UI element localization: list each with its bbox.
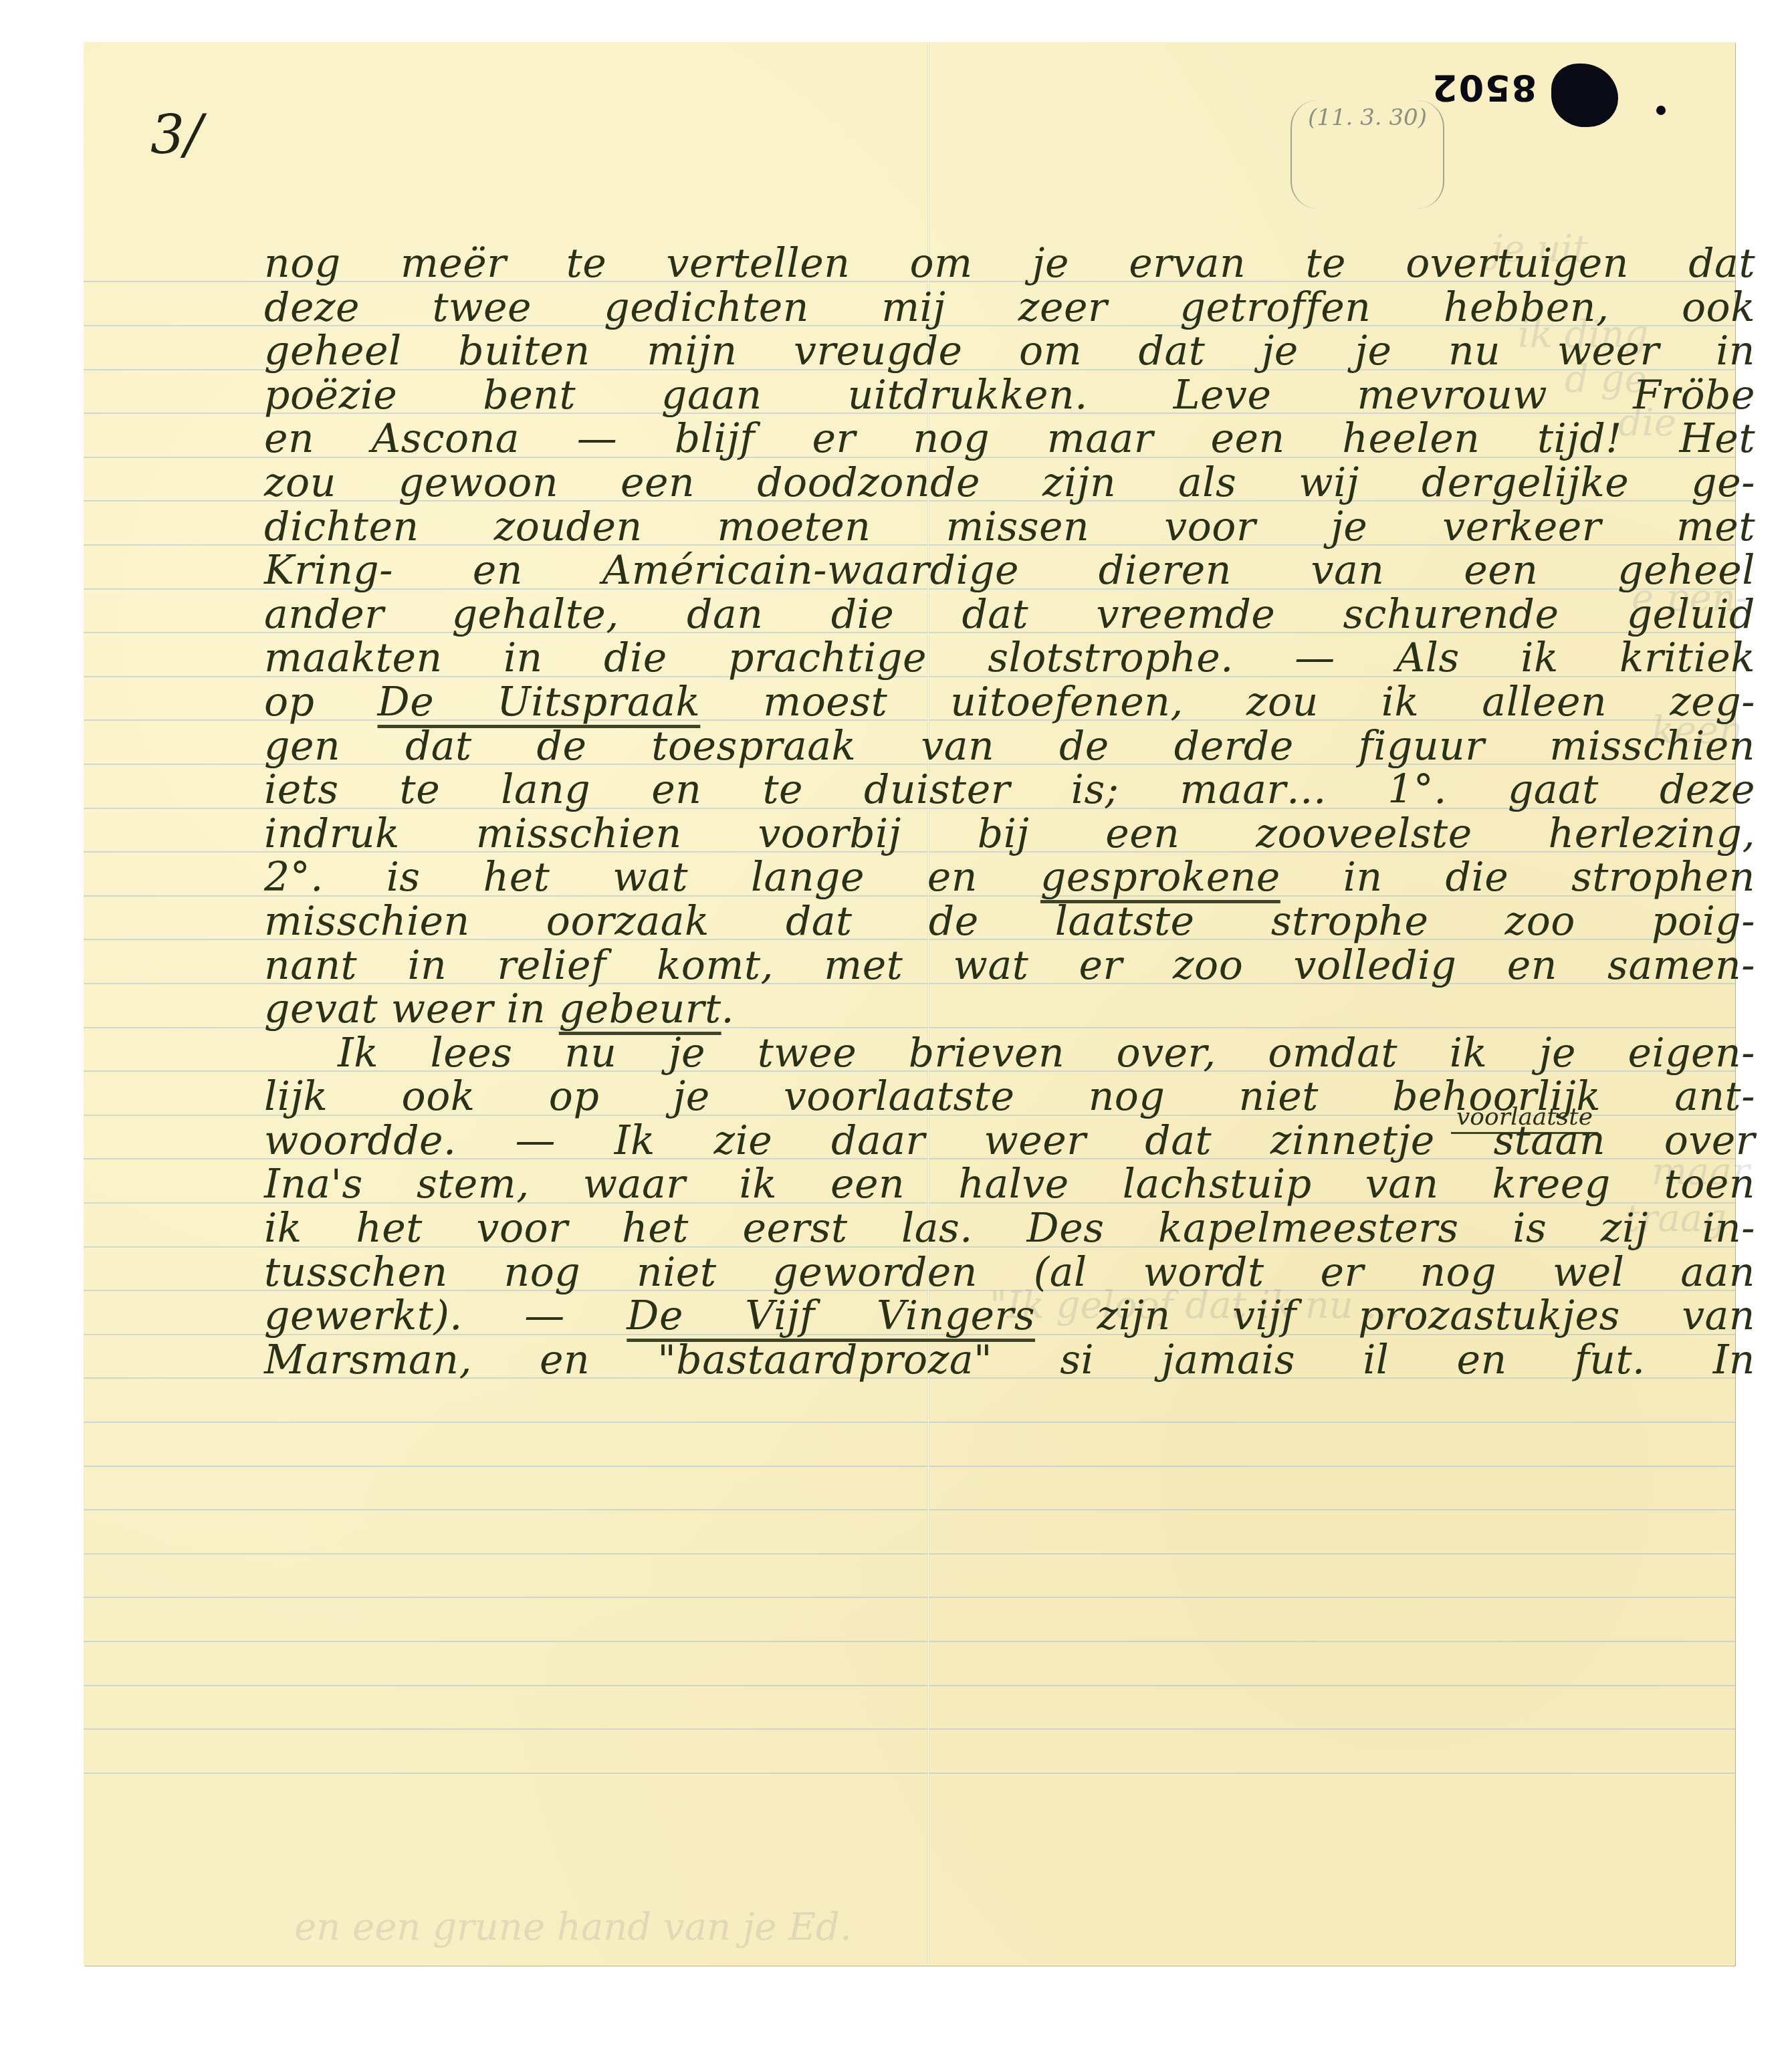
- text-line: Kring- en Américain-waardige dieren van …: [264, 549, 1755, 593]
- text-line: gevat weer in gebeurt.: [264, 988, 1755, 1032]
- text-segment: in die strophen: [1280, 854, 1755, 901]
- text-segment: op: [264, 679, 378, 725]
- text-segment: moest uitoefenen, zou ik alleen zeg-: [700, 679, 1755, 725]
- text-line: poëzie bent gaan uitdrukken. Leve mevrou…: [264, 374, 1755, 418]
- text-line: tusschen nog niet geworden (al wordt er …: [264, 1251, 1755, 1295]
- archive-stamp: 8502: [1431, 67, 1537, 109]
- text-line: nog meër te vertellen om je ervan te ove…: [264, 242, 1755, 286]
- bleed-through-text: en een grune hand van je Ed.: [294, 1906, 852, 1949]
- text-line: gewerkt). — De Vijf Vingers zijn vijf pr…: [264, 1294, 1755, 1339]
- ruled-line: [84, 1509, 1735, 1510]
- text-line: ik het voor het eerst las. Des kapelmees…: [264, 1207, 1755, 1251]
- text-segment: .: [721, 986, 735, 1032]
- text-line: Ik lees nu je twee brieven over, omdat i…: [264, 1032, 1755, 1076]
- ruled-line: [84, 1466, 1735, 1467]
- text-line: geheel buiten mijn vreugde om dat je je …: [264, 330, 1755, 374]
- ruled-line: [84, 1773, 1735, 1774]
- text-line: Ina's stem, waar ik een halve lachstuip …: [264, 1163, 1755, 1207]
- ruled-line: [84, 1641, 1735, 1642]
- text-line: iets te lang en te duister is; maar… 1°.…: [264, 768, 1755, 812]
- text-line: indruk misschien voorbij bij een zooveel…: [264, 812, 1755, 857]
- text-line: en Ascona — blijf er nog maar een heelen…: [264, 417, 1755, 461]
- ruled-line: [84, 1597, 1735, 1598]
- page-number: 3/: [150, 104, 203, 166]
- text-line: misschien oorzaak dat de laatste strophe…: [264, 900, 1755, 944]
- text-line: op De Uitspraak moest uitoefenen, zou ik…: [264, 681, 1755, 725]
- text-line: gen dat de toespraak van de derde figuur…: [264, 725, 1755, 769]
- text-line: woordde. — Ik zie daar weer dat zinnetje…: [264, 1119, 1755, 1163]
- text-segment: gewerkt). —: [264, 1292, 627, 1339]
- text-line: Marsman, en "bastaardproza" si jamais il…: [264, 1339, 1755, 1383]
- underlined-title: De Vijf Vingers: [627, 1292, 1035, 1339]
- text-line: deze twee gedichten mij zeer getroffen h…: [264, 286, 1755, 330]
- ruled-line: [84, 1421, 1735, 1423]
- ruled-line: [84, 1553, 1735, 1555]
- underlined-title: De Uitspraak: [378, 679, 701, 725]
- text-line: 2°. is het wat lange en gesprokene in di…: [264, 856, 1755, 900]
- underlined-word: gebeurt: [559, 986, 721, 1032]
- ink-dot-icon: [1656, 106, 1666, 115]
- text-segment: gevat weer in: [264, 986, 559, 1032]
- ruled-line: [84, 1728, 1735, 1730]
- text-line: zou gewoon een doodzonde zijn als wij de…: [264, 461, 1755, 505]
- text-segment: zijn vijf prozastukjes van: [1035, 1292, 1755, 1339]
- text-line: lijk ook op je voorlaatste nog niet beho…: [264, 1075, 1755, 1119]
- underlined-word: gesprokene: [1040, 854, 1280, 901]
- pencil-date-annotation: (11. 3. 30): [1291, 100, 1444, 209]
- text-segment: 2°. is het wat lange en: [264, 854, 1040, 901]
- text-line: dichten zouden moeten missen voor je ver…: [264, 505, 1755, 550]
- ruled-line: [84, 1685, 1735, 1686]
- letter-body: nog meër te vertellen om je ervan te ove…: [264, 242, 1755, 1382]
- text-line: nant in relief komt, met wat er zoo voll…: [264, 944, 1755, 988]
- text-line: ander gehalte, dan die dat vreemde schur…: [264, 593, 1755, 637]
- text-line: maakten in die prachtige slotstrophe. — …: [264, 637, 1755, 681]
